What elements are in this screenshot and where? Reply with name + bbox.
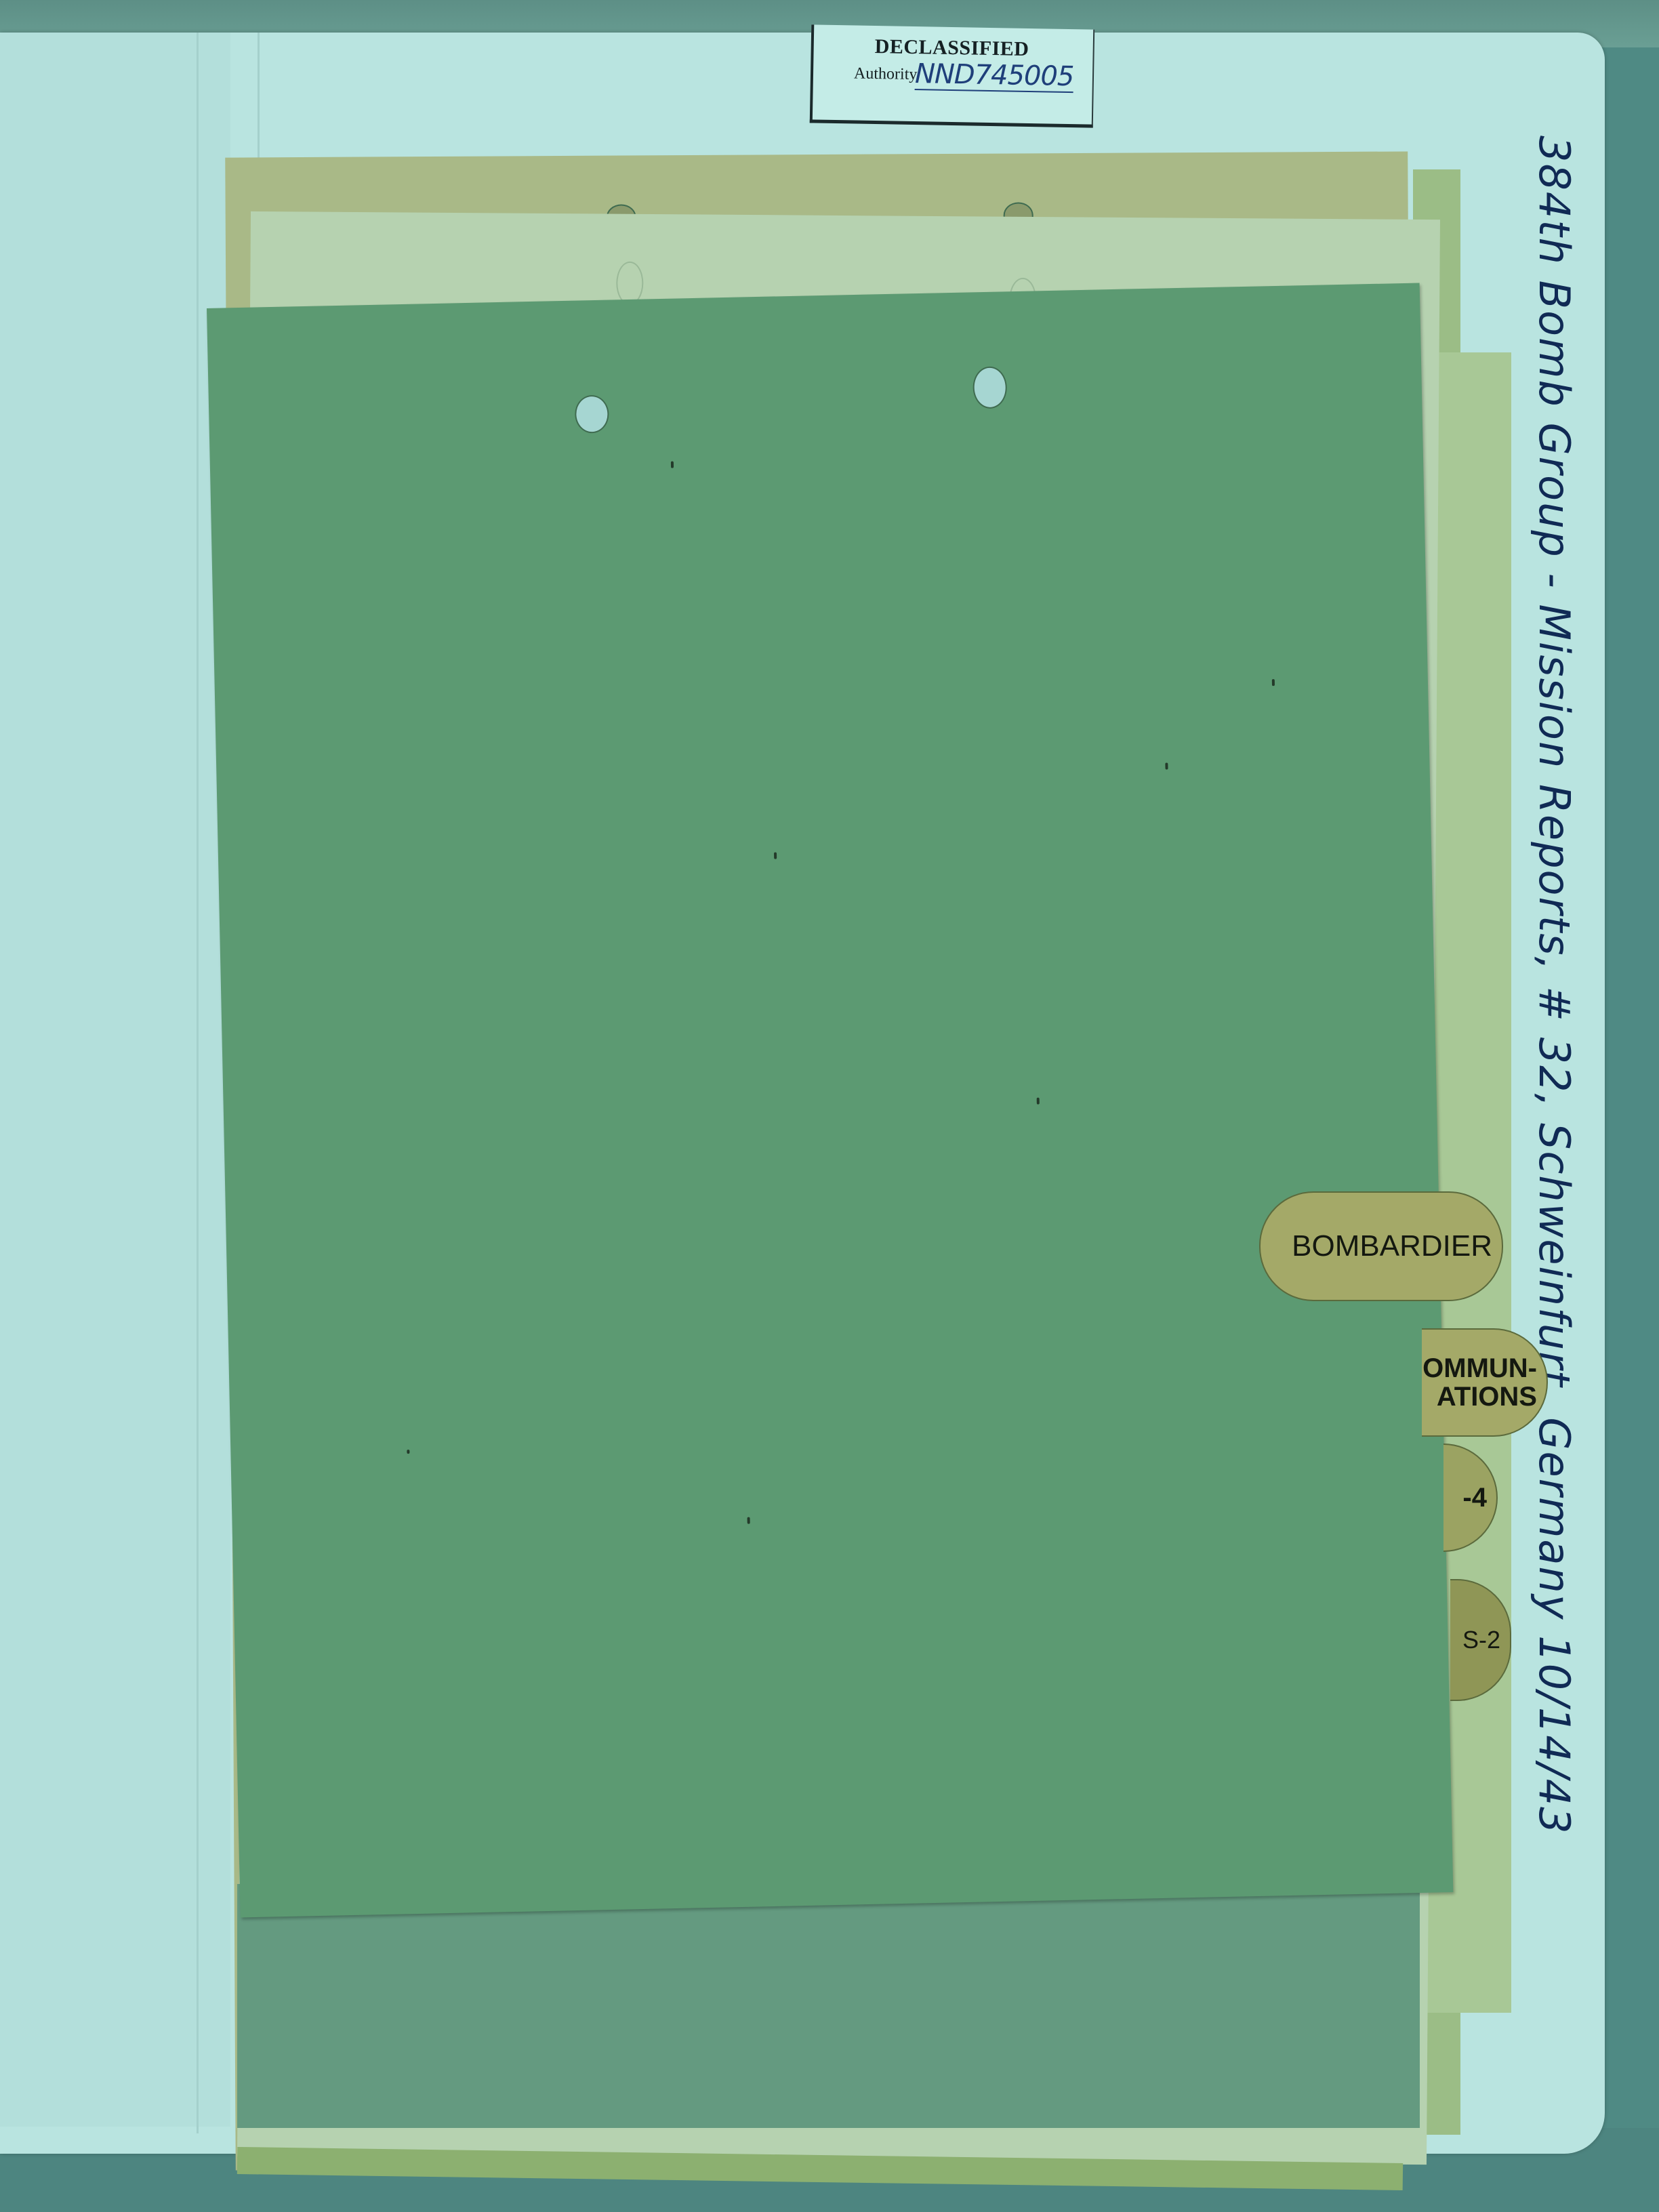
tab-s4-label: -4 (1462, 1483, 1487, 1513)
folder-crease (197, 33, 199, 2133)
tab-communications-line1: OMMUN- (1422, 1354, 1537, 1382)
speck (407, 1450, 409, 1454)
punch-hole (972, 366, 1007, 409)
speck (1272, 679, 1275, 686)
tab-bombardier[interactable]: BOMBARDIER (1259, 1191, 1503, 1301)
speck (774, 853, 777, 859)
stamp-authority-label: Authority (854, 64, 918, 84)
speck (1037, 1098, 1040, 1105)
declassified-stamp: DECLASSIFIED Authority NND745005 (810, 24, 1094, 127)
punch-hole-ghost (616, 262, 643, 305)
folder-handwritten-label: 384th Bomb Group - Mission Reports, # 32… (1530, 136, 1579, 1835)
stamp-title: DECLASSIFIED (874, 35, 1029, 61)
speck (1165, 762, 1168, 769)
speck (671, 462, 674, 468)
stamp-authority-value: NND745005 (915, 59, 1074, 93)
tab-communications[interactable]: OMMUN- ATIONS (1422, 1328, 1548, 1437)
tab-communications-line2: ATIONS (1437, 1382, 1537, 1411)
lower-page (237, 1884, 1420, 2128)
main-page (207, 283, 1453, 1918)
speck (747, 1517, 750, 1524)
tab-bombardier-label: BOMBARDIER (1292, 1229, 1492, 1263)
folder-left-panel (0, 33, 230, 2127)
punch-hole (575, 395, 609, 434)
tab-s2-label: S-2 (1462, 1626, 1500, 1654)
